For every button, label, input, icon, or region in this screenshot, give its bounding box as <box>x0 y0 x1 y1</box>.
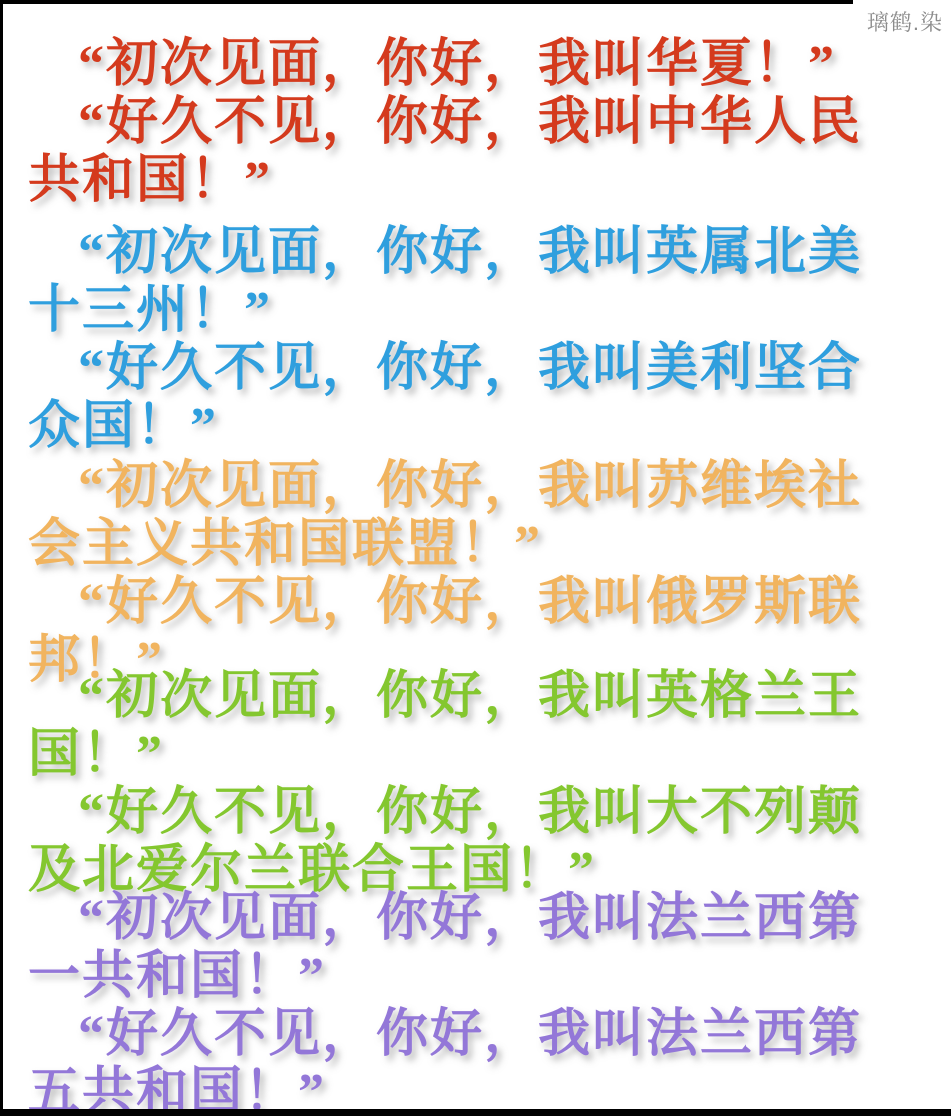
text-line: “好久不见，你好，我叫中华人民 <box>28 94 862 152</box>
text-line: “初次见面，你好，我叫法兰西第 <box>28 890 862 948</box>
text-section-huaxia-china: “初次见面，你好，我叫华夏！”“好久不见，你好，我叫中华人民共和国！” <box>28 36 862 210</box>
top-edge-bar <box>0 0 853 4</box>
text-line: “好久不见，你好，我叫美利坚合 <box>28 340 862 398</box>
text-line: “好久不见，你好，我叫俄罗斯联 <box>28 574 862 632</box>
text-section-colonies-usa: “初次见面，你好，我叫英属北美十三州！”“好久不见，你好，我叫美利坚合众国！” <box>28 224 862 456</box>
text-line: “好久不见，你好，我叫大不列颠 <box>28 784 862 842</box>
image-canvas: 璃鹤.染 “初次见面，你好，我叫华夏！”“好久不见，你好，我叫中华人民共和国！”… <box>0 0 951 1116</box>
watermark: 璃鹤.染 <box>867 6 943 37</box>
text-line: 十三州！” <box>28 282 862 340</box>
text-line: “初次见面，你好，我叫英属北美 <box>28 224 862 282</box>
text-section-england-uk: “初次见面，你好，我叫英格兰王国！”“好久不见，你好，我叫大不列颠及北爱尔兰联合… <box>28 668 862 900</box>
text-line: 共和国！” <box>28 152 862 210</box>
bottom-edge-bar <box>0 1109 951 1116</box>
text-section-ussr-russia: “初次见面，你好，我叫苏维埃社会主义共和国联盟！”“好久不见，你好，我叫俄罗斯联… <box>28 458 862 690</box>
text-line: 众国！” <box>28 398 862 456</box>
text-line: “初次见面，你好，我叫华夏！” <box>28 36 862 94</box>
text-section-france: “初次见面，你好，我叫法兰西第一共和国！”“好久不见，你好，我叫法兰西第五共和国… <box>28 890 862 1116</box>
left-edge-bar <box>0 0 3 1116</box>
text-line: “初次见面，你好，我叫英格兰王 <box>28 668 862 726</box>
text-line: “初次见面，你好，我叫苏维埃社 <box>28 458 862 516</box>
text-line: 一共和国！” <box>28 948 862 1006</box>
text-line: “好久不见，你好，我叫法兰西第 <box>28 1006 862 1064</box>
text-line: 国！” <box>28 726 862 784</box>
text-line: 会主义共和国联盟！” <box>28 516 862 574</box>
